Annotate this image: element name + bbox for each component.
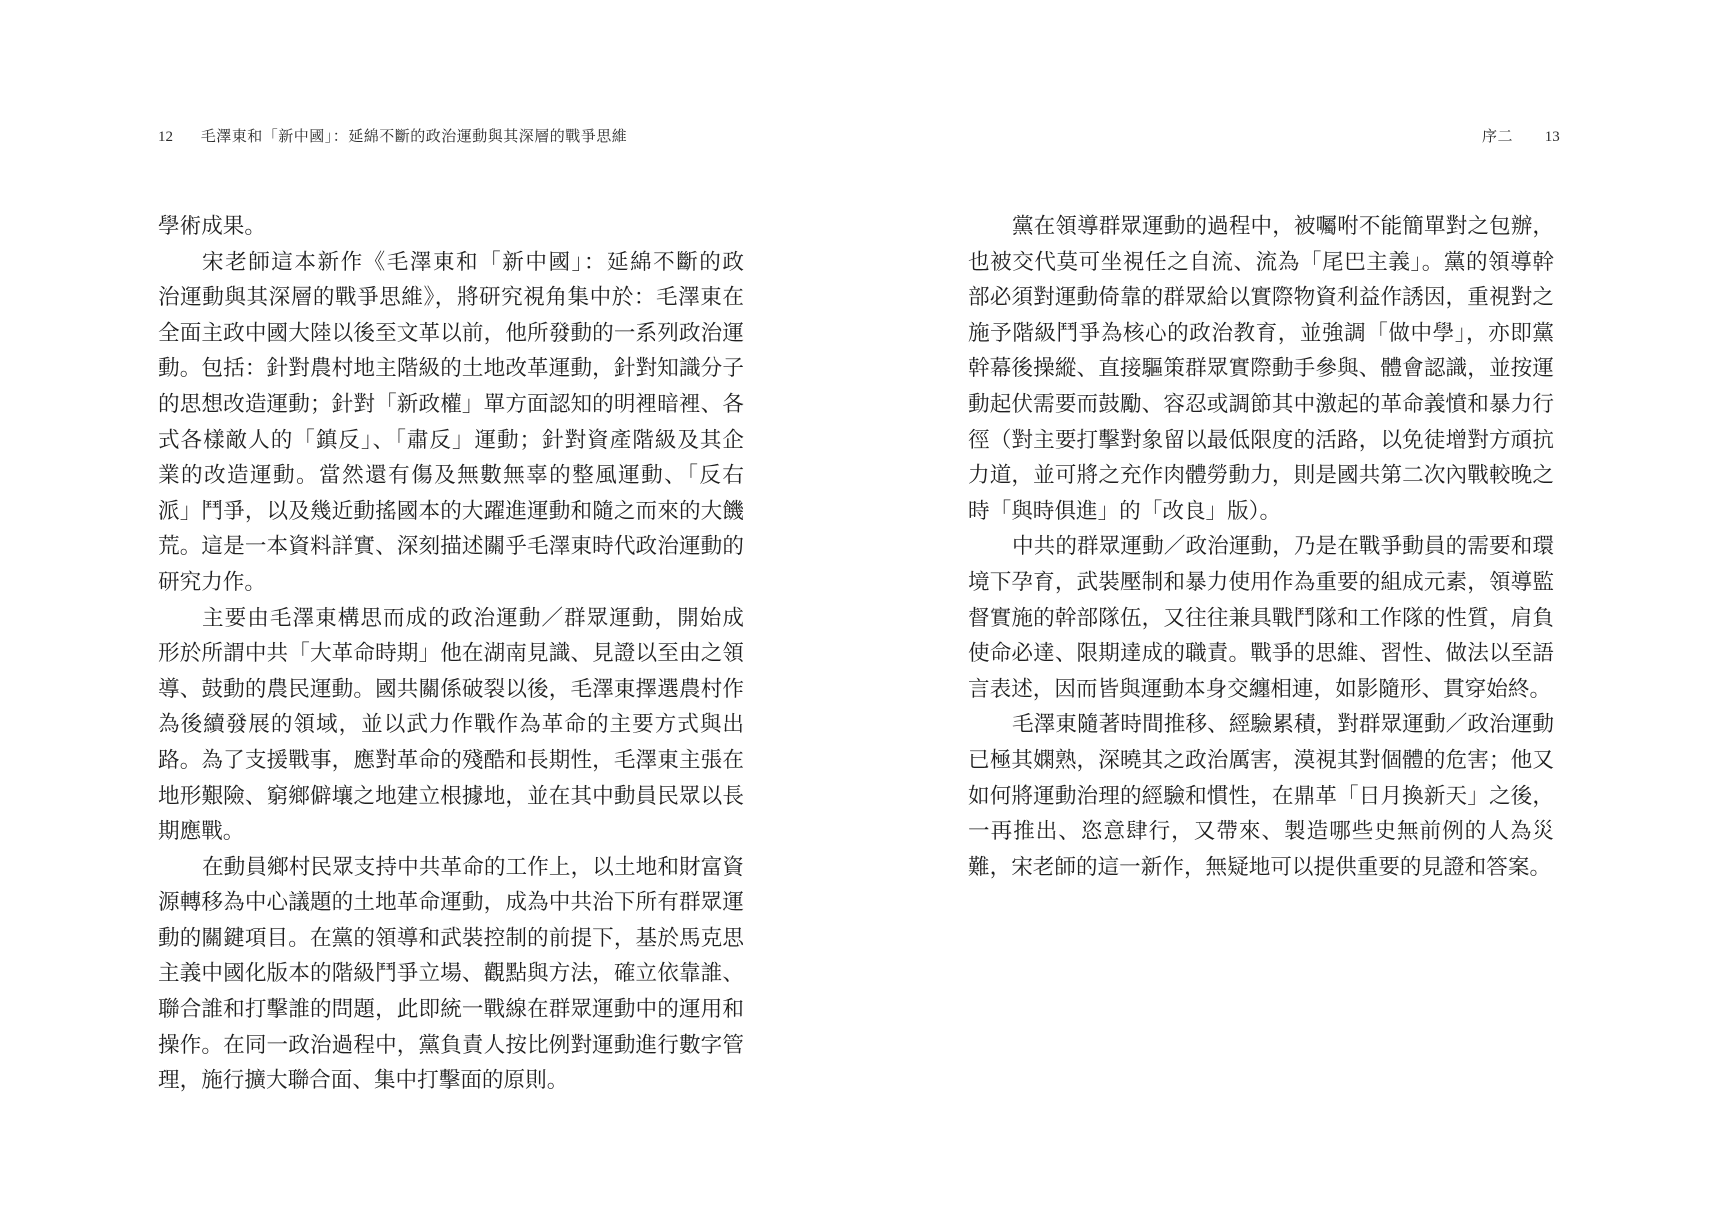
text-line: 已極其嫻熟，深曉其之政治厲害，漠視其對個體的危害；他又 [968, 743, 1554, 779]
running-head-left: 12 毛澤東和「新中國」：延綿不斷的政治運動與其深層的戰爭思維 [158, 126, 627, 148]
paragraph: 學術成果。 [158, 209, 748, 245]
text-line: 毛澤東隨著時間推移、經驗累積，對群眾運動／政治運動 [968, 707, 1554, 743]
text-line: 期應戰。 [158, 814, 744, 850]
text-line: 動。包括：針對農村地主階級的土地改革運動，針對知識分子 [158, 351, 744, 387]
text-line: 的思想改造運動；針對「新政權」單方面認知的明裡暗裡、各 [158, 387, 744, 423]
text-line: 荒。這是一本資料詳實、深刻描述關乎毛澤東時代政治運動的 [158, 529, 744, 565]
text-line: 理，施行擴大聯合面、集中打擊面的原則。 [158, 1063, 744, 1099]
text-line: 中共的群眾運動／政治運動，乃是在戰爭動員的需要和環 [968, 529, 1554, 565]
text-line: 治運動與其深層的戰爭思維》，將研究視角集中於：毛澤東在 [158, 280, 744, 316]
chapter-title: 序二 [1482, 126, 1513, 148]
book-title: 毛澤東和「新中國」：延綿不斷的政治運動與其深層的戰爭思維 [201, 126, 628, 148]
text-line: 地形艱險、窮鄉僻壤之地建立根據地，並在其中動員民眾以長 [158, 779, 744, 815]
text-line: 業的改造運動。當然還有傷及無數無辜的整風運動、「反右 [158, 458, 744, 494]
paragraph: 黨在領導群眾運動的過程中，被囑咐不能簡單對之包辦，也被交代莫可坐視任之自流、流為… [968, 209, 1558, 529]
text-line: 動起伏需要而鼓勵、容忍或調節其中激起的革命義憤和暴力行 [968, 387, 1554, 423]
text-line: 派」鬥爭，以及幾近動搖國本的大躍進運動和隨之而來的大饑 [158, 494, 744, 530]
text-line: 源轉移為中心議題的土地革命運動，成為中共治下所有群眾運 [158, 885, 744, 921]
paragraph: 在動員鄉村民眾支持中共革命的工作上，以土地和財富資源轉移為中心議題的土地革命運動… [158, 850, 748, 1099]
left-page: 12 毛澤東和「新中國」：延綿不斷的政治運動與其深層的戰爭思維 學術成果。宋老師… [0, 0, 856, 1225]
text-line: 宋老師這本新作《毛澤東和「新中國」：延綿不斷的政 [158, 245, 744, 281]
text-line: 形於所謂中共「大革命時期」他在湖南見識、見證以至由之領 [158, 636, 744, 672]
text-line: 研究力作。 [158, 565, 744, 601]
text-line: 難，宋老師的這一新作，無疑地可以提供重要的見證和答案。 [968, 850, 1554, 886]
text-line: 主義中國化版本的階級鬥爭立場、觀點與方法，確立依靠誰、 [158, 956, 744, 992]
text-line: 徑（對主要打擊對象留以最低限度的活路，以免徒增對方頑抗 [968, 423, 1554, 459]
text-line: 督實施的幹部隊伍，又往往兼具戰鬥隊和工作隊的性質，肩負 [968, 601, 1554, 637]
text-line: 路。為了支援戰事，應對革命的殘酷和長期性，毛澤東主張在 [158, 743, 744, 779]
page-number: 12 [158, 126, 173, 148]
text-line: 式各樣敵人的「鎮反」、「肅反」運動；針對資產階級及其企 [158, 423, 744, 459]
text-line: 幹幕後操縱、直接驅策群眾實際動手參與、體會認識，並按運 [968, 351, 1554, 387]
text-line: 也被交代莫可坐視任之自流、流為「尾巴主義」。黨的領導幹 [968, 245, 1554, 281]
text-line: 聯合誰和打擊誰的問題，此即統一戰線在群眾運動中的運用和 [158, 992, 744, 1028]
text-line: 力道，並可將之充作肉體勞動力，則是國共第二次內戰較晚之 [968, 458, 1554, 494]
text-line: 如何將運動治理的經驗和慣性，在鼎革「日月換新天」之後， [968, 779, 1554, 815]
text-line: 境下孕育，武裝壓制和暴力使用作為重要的組成元素，領導監 [968, 565, 1554, 601]
text-line: 時「與時俱進」的「改良」版）。 [968, 494, 1554, 530]
body-text-right: 黨在領導群眾運動的過程中，被囑咐不能簡單對之包辦，也被交代莫可坐視任之自流、流為… [968, 209, 1558, 885]
text-line: 全面主政中國大陸以後至文革以前，他所發動的一系列政治運 [158, 316, 744, 352]
text-line: 導、鼓動的農民運動。國共關係破裂以後，毛澤東擇選農村作 [158, 672, 744, 708]
text-line: 在動員鄉村民眾支持中共革命的工作上，以土地和財富資 [158, 850, 744, 886]
running-head-right: 序二 13 [1482, 126, 1560, 148]
text-line: 為後續發展的領域，並以武力作戰作為革命的主要方式與出 [158, 707, 744, 743]
paragraph: 中共的群眾運動／政治運動，乃是在戰爭動員的需要和環境下孕育，武裝壓制和暴力使用作… [968, 529, 1558, 707]
body-text-left: 學術成果。宋老師這本新作《毛澤東和「新中國」：延綿不斷的政治運動與其深層的戰爭思… [158, 209, 748, 1099]
text-line: 一再推出、恣意肆行，又帶來、製造哪些史無前例的人為災 [968, 814, 1554, 850]
paragraph: 毛澤東隨著時間推移、經驗累積，對群眾運動／政治運動已極其嫻熟，深曉其之政治厲害，… [968, 707, 1558, 885]
paragraph: 主要由毛澤東構思而成的政治運動／群眾運動，開始成形於所謂中共「大革命時期」他在湖… [158, 601, 748, 850]
text-line: 學術成果。 [158, 209, 744, 245]
text-line: 部必須對運動倚靠的群眾給以實際物資利益作誘因，重視對之 [968, 280, 1554, 316]
text-line: 使命必達、限期達成的職責。戰爭的思維、習性、做法以至語 [968, 636, 1554, 672]
page-number: 13 [1545, 126, 1560, 148]
text-line: 操作。在同一政治過程中，黨負責人按比例對運動進行數字管 [158, 1028, 744, 1064]
text-line: 動的關鍵項目。在黨的領導和武裝控制的前提下，基於馬克思 [158, 921, 744, 957]
right-page: 序二 13 黨在領導群眾運動的過程中，被囑咐不能簡單對之包辦，也被交代莫可坐視任… [856, 0, 1712, 1225]
text-line: 主要由毛澤東構思而成的政治運動／群眾運動，開始成 [158, 601, 744, 637]
book-spread: 12 毛澤東和「新中國」：延綿不斷的政治運動與其深層的戰爭思維 學術成果。宋老師… [0, 0, 1712, 1225]
text-line: 黨在領導群眾運動的過程中，被囑咐不能簡單對之包辦， [968, 209, 1554, 245]
text-line: 施予階級鬥爭為核心的政治教育，並強調「做中學」，亦即黨 [968, 316, 1554, 352]
text-line: 言表述，因而皆與運動本身交纏相連，如影隨形、貫穿始終。 [968, 672, 1554, 708]
paragraph: 宋老師這本新作《毛澤東和「新中國」：延綿不斷的政治運動與其深層的戰爭思維》，將研… [158, 245, 748, 601]
